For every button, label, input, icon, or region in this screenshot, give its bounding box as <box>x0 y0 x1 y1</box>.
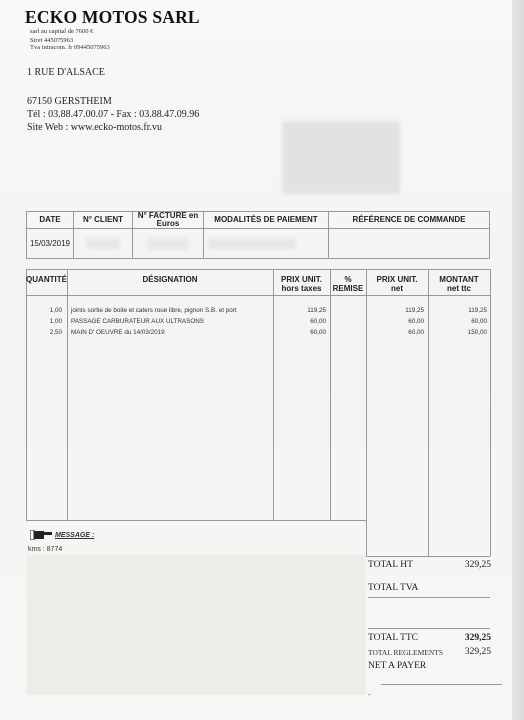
col-prix-net: PRIX UNIT. net <box>366 275 428 293</box>
row-unit-net: 119,25 <box>369 307 424 314</box>
dash-mark: - <box>368 690 371 699</box>
divider <box>381 684 502 685</box>
total-reglements-label: TOTAL REGLEMENTS <box>368 648 443 657</box>
company-capital: sarl au capital de 7600 € <box>30 28 93 35</box>
row-montant: 60,00 <box>431 318 487 325</box>
col-date: DATE <box>27 212 74 229</box>
col-designation: DÉSIGNATION <box>67 275 273 284</box>
row-unit-net: 60,00 <box>369 329 424 336</box>
total-reglements-value: 329,25 <box>440 647 491 657</box>
col-modalites: MODALITÉS DE PAIEMENT <box>204 212 329 229</box>
total-ttc-value: 329,25 <box>440 633 491 643</box>
company-name: ECKO MOTOS SARL <box>25 7 200 28</box>
pointing-hand-icon <box>30 530 52 540</box>
page-edge <box>512 0 524 720</box>
client-number-redacted <box>74 229 133 259</box>
net-a-payer-label: NET A PAYER <box>368 661 426 671</box>
row-montant: 150,00 <box>431 329 487 336</box>
col-client: N° CLIENT <box>74 212 133 229</box>
col-remise: % REMISE <box>330 275 366 293</box>
invoice-info-table: DATE N° CLIENT N° FACTURE en Euros MODAL… <box>26 211 490 259</box>
col-prix-ht: PRIX UNIT. hors taxes <box>273 275 330 293</box>
message-label: MESSAGE : <box>55 532 94 539</box>
total-ht-value: 329,25 <box>440 560 491 570</box>
row-unit-net: 60,00 <box>369 318 424 325</box>
company-siret: Siret 445075963 <box>30 37 73 44</box>
row-designation: joints sortie de boite et caters roue li… <box>71 307 237 314</box>
message-text: kms : 8774 <box>28 546 62 553</box>
company-website: Site Web : www.ecko-motos.fr.vu <box>27 122 162 133</box>
customer-address-redacted <box>282 121 400 194</box>
order-reference <box>329 229 490 259</box>
total-tva-label: TOTAL TVA <box>368 583 418 593</box>
total-ht-label: TOTAL HT <box>368 560 413 570</box>
row-qty: 2,50 <box>30 329 62 336</box>
company-street: 1 RUE D'ALSACE <box>27 67 105 78</box>
col-montant: MONTANT net ttc <box>428 275 490 293</box>
row-qty: 1,00 <box>30 307 62 314</box>
col-facture: N° FACTURE en Euros <box>133 212 204 229</box>
row-qty: 1,00 <box>30 318 62 325</box>
row-designation: PASSAGE CARBURATEUR AUX ULTRASONS <box>71 318 204 325</box>
message-area <box>27 555 366 695</box>
row-designation: MAIN D' OEUVRE du 14/03/2019 <box>71 329 165 336</box>
invoice-date: 15/03/2019 <box>27 229 74 259</box>
col-quantite: QUANTITÉ <box>26 275 67 284</box>
row-unit-ht: 60,00 <box>276 329 326 336</box>
row-montant: 119,25 <box>431 307 487 314</box>
col-reference: RÉFÉRENCE DE COMMANDE <box>329 212 490 229</box>
company-city: 67150 GERSTHEIM <box>27 96 112 107</box>
company-phone-fax: Tél : 03.88.47.00.07 - Fax : 03.88.47.09… <box>27 109 199 120</box>
divider <box>368 628 490 629</box>
invoice-number-redacted <box>133 229 204 259</box>
row-unit-ht: 60,00 <box>276 318 326 325</box>
payment-method-redacted <box>204 229 329 259</box>
total-ttc-label: TOTAL TTC <box>368 633 418 643</box>
row-unit-ht: 119,25 <box>276 307 326 314</box>
divider <box>368 597 490 598</box>
company-tva: Tva intracom. fr 09445075963 <box>30 44 110 51</box>
